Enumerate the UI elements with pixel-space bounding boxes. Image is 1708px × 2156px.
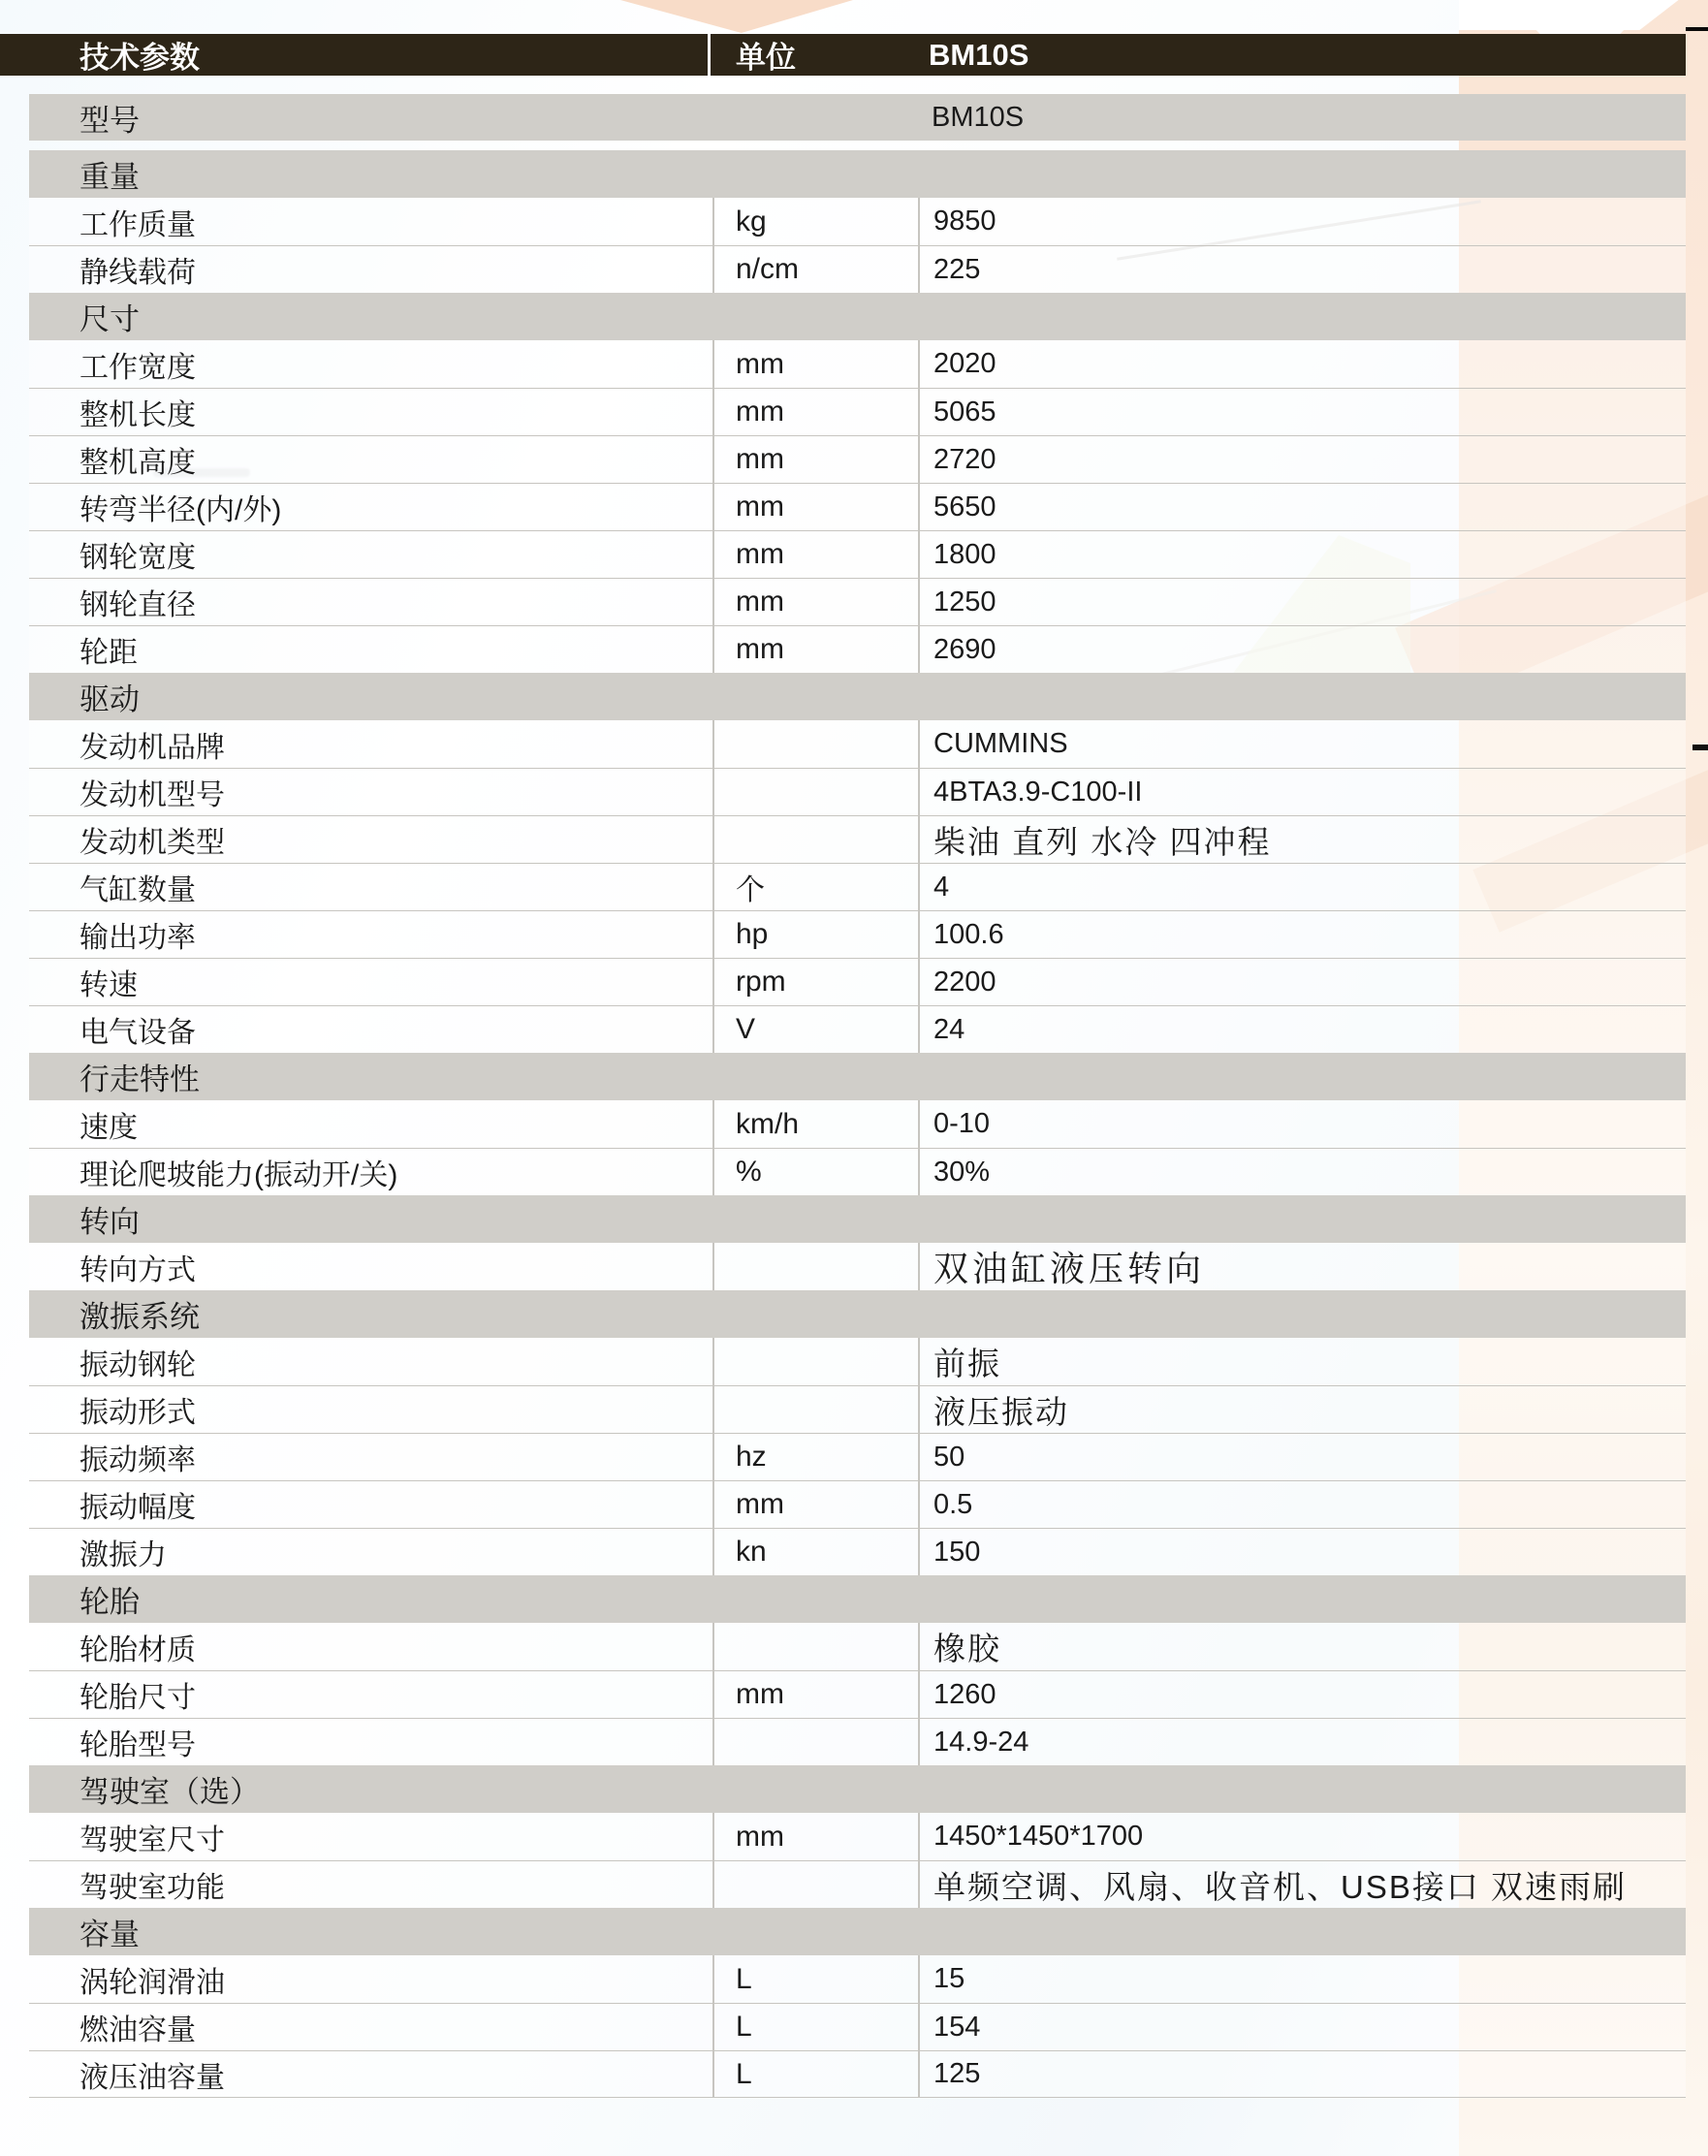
spec-label: 轮距 — [29, 626, 712, 673]
spec-value: 125 — [918, 2051, 1686, 2097]
spec-unit — [712, 769, 918, 815]
spec-label: 静线载荷 — [29, 246, 712, 293]
spec-unit: n/cm — [712, 246, 918, 293]
spec-unit: hp — [712, 911, 918, 958]
spec-value: 2720 — [918, 436, 1686, 483]
spec-label: 驾驶室尺寸 — [29, 1813, 712, 1860]
section-header-row: 行走特性 — [29, 1053, 1686, 1100]
spec-label: 转弯半径(内/外) — [29, 484, 712, 530]
table-row: 轮胎尺寸 mm 1260 — [29, 1670, 1686, 1718]
spec-value: 100.6 — [918, 911, 1686, 958]
spec-label: 发动机类型 — [29, 816, 712, 863]
section-label: 行走特性 — [29, 1053, 1686, 1100]
spec-unit: rpm — [712, 959, 918, 1005]
spec-unit: % — [712, 1149, 918, 1195]
spec-label: 发动机品牌 — [29, 720, 712, 768]
spec-label: 钢轮直径 — [29, 579, 712, 625]
table-title: 技术参数 — [0, 34, 708, 76]
spec-value: 9850 — [918, 198, 1686, 245]
table-row: 转速 rpm 2200 — [29, 958, 1686, 1005]
section-header-row: 容量 — [29, 1908, 1686, 1955]
spec-value: 2020 — [918, 340, 1686, 388]
table-row: 振动钢轮 前振 — [29, 1338, 1686, 1385]
table-row: 驾驶室尺寸 mm 1450*1450*1700 — [29, 1813, 1686, 1860]
table-row: 气缸数量 个 4 — [29, 863, 1686, 910]
spec-value: 5650 — [918, 484, 1686, 530]
table-row: 发动机品牌 CUMMINS — [29, 720, 1686, 768]
spec-unit — [712, 1386, 918, 1433]
table-row: 轮胎型号 14.9-24 — [29, 1718, 1686, 1765]
spec-value: 单频空调、风扇、收音机、USB接口 双速雨刷 — [918, 1861, 1686, 1908]
section-label: 容量 — [29, 1908, 1686, 1955]
spec-unit: 个 — [712, 864, 918, 910]
spec-value: 1450*1450*1700 — [918, 1813, 1686, 1860]
section-label: 转向 — [29, 1195, 1686, 1243]
model-column-header: BM10S — [914, 34, 1686, 76]
table-row: 轮胎材质 橡胶 — [29, 1623, 1686, 1670]
spec-unit — [712, 1623, 918, 1670]
spec-value: 24 — [918, 1006, 1686, 1053]
spec-value: 2200 — [918, 959, 1686, 1005]
spec-unit: V — [712, 1006, 918, 1053]
spec-label: 工作质量 — [29, 198, 712, 245]
spec-label: 振动钢轮 — [29, 1338, 712, 1385]
spec-label: 激振力 — [29, 1529, 712, 1575]
spec-value: 橡胶 — [918, 1623, 1686, 1670]
spec-label: 轮胎型号 — [29, 1719, 712, 1765]
spec-label: 液压油容量 — [29, 2051, 712, 2097]
model-spacer — [712, 94, 918, 141]
spec-value: 30% — [918, 1149, 1686, 1195]
spec-value: 50 — [918, 1434, 1686, 1480]
table-row: 钢轮直径 mm 1250 — [29, 578, 1686, 625]
spec-sheet-page: 技术参数 单位 BM10S 型号 BM10S 重量 工作质量 kg 9850 静… — [0, 0, 1708, 2156]
spec-unit — [712, 1243, 918, 1290]
table-row: 电气设备 V 24 — [29, 1005, 1686, 1053]
spec-value: 双油缸液压转向 — [918, 1243, 1686, 1290]
spec-value: 15 — [918, 1955, 1686, 2003]
spec-label: 钢轮宽度 — [29, 531, 712, 578]
spec-label: 振动形式 — [29, 1386, 712, 1433]
spec-unit: mm — [712, 484, 918, 530]
spec-label: 振动幅度 — [29, 1481, 712, 1528]
spec-unit — [712, 720, 918, 768]
spec-unit: mm — [712, 1481, 918, 1528]
table-row: 激振力 kn 150 — [29, 1528, 1686, 1575]
spec-unit: km/h — [712, 1100, 918, 1148]
spec-label: 轮胎材质 — [29, 1623, 712, 1670]
spec-value: 4 — [918, 864, 1686, 910]
spec-value: 154 — [918, 2004, 1686, 2050]
table-row: 振动频率 hz 50 — [29, 1433, 1686, 1480]
spec-unit: kn — [712, 1529, 918, 1575]
spec-unit: hz — [712, 1434, 918, 1480]
spec-unit: L — [712, 2051, 918, 2097]
spec-unit: kg — [712, 198, 918, 245]
spec-unit: mm — [712, 389, 918, 435]
table-row: 速度 km/h 0-10 — [29, 1100, 1686, 1148]
table-row: 静线载荷 n/cm 225 — [29, 245, 1686, 293]
section-label: 驾驶室（选） — [29, 1765, 1686, 1813]
spec-label: 输出功率 — [29, 911, 712, 958]
spec-value: 150 — [918, 1529, 1686, 1575]
spec-unit: mm — [712, 1671, 918, 1718]
table-row: 振动形式 液压振动 — [29, 1385, 1686, 1433]
spec-value: 14.9-24 — [918, 1719, 1686, 1765]
section-header-row: 轮胎 — [29, 1575, 1686, 1623]
model-row: 型号 BM10S — [29, 94, 1686, 141]
spec-label: 整机长度 — [29, 389, 712, 435]
model-label: 型号 — [29, 94, 712, 141]
table-row: 整机高度 mm 2720 — [29, 435, 1686, 483]
spec-unit — [712, 1719, 918, 1765]
table-row: 振动幅度 mm 0.5 — [29, 1480, 1686, 1528]
table-row: 燃油容量 L 154 — [29, 2003, 1686, 2050]
right-edge-dash-mark — [1692, 745, 1708, 750]
section-label: 驱动 — [29, 673, 1686, 720]
spec-label: 轮胎尺寸 — [29, 1671, 712, 1718]
section-label: 轮胎 — [29, 1575, 1686, 1623]
spec-label: 驾驶室功能 — [29, 1861, 712, 1908]
spec-label: 速度 — [29, 1100, 712, 1148]
spec-label: 转速 — [29, 959, 712, 1005]
table-row: 工作质量 kg 9850 — [29, 198, 1686, 245]
background-triangle-decoration — [620, 0, 853, 33]
spec-unit — [712, 816, 918, 863]
spec-label: 工作宽度 — [29, 340, 712, 388]
spec-unit: L — [712, 1955, 918, 2003]
spec-value: 1260 — [918, 1671, 1686, 1718]
spec-unit: mm — [712, 436, 918, 483]
model-value: BM10S — [918, 94, 1686, 141]
section-header-row: 驾驶室（选） — [29, 1765, 1686, 1813]
table-row: 涡轮润滑油 L 15 — [29, 1955, 1686, 2003]
spec-value: 前振 — [918, 1338, 1686, 1385]
spec-unit: mm — [712, 579, 918, 625]
spec-value: 5065 — [918, 389, 1686, 435]
spec-unit: mm — [712, 1813, 918, 1860]
spec-table: 型号 BM10S 重量 工作质量 kg 9850 静线载荷 n/cm 225 尺… — [29, 94, 1686, 2098]
spec-unit: mm — [712, 626, 918, 673]
spec-label: 燃油容量 — [29, 2004, 712, 2050]
top-right-rule-mark — [1686, 27, 1708, 31]
spec-unit — [712, 1338, 918, 1385]
table-row: 钢轮宽度 mm 1800 — [29, 530, 1686, 578]
spec-unit: mm — [712, 531, 918, 578]
section-header-row: 重量 — [29, 150, 1686, 198]
section-label: 重量 — [29, 150, 1686, 198]
table-row: 整机长度 mm 5065 — [29, 388, 1686, 435]
table-row: 输出功率 hp 100.6 — [29, 910, 1686, 958]
spec-unit: mm — [712, 340, 918, 388]
spec-value: 225 — [918, 246, 1686, 293]
section-label: 尺寸 — [29, 293, 1686, 340]
spec-label: 气缸数量 — [29, 864, 712, 910]
table-row: 理论爬坡能力(振动开/关) % 30% — [29, 1148, 1686, 1195]
table-row: 轮距 mm 2690 — [29, 625, 1686, 673]
section-header-row: 尺寸 — [29, 293, 1686, 340]
section-header-row: 驱动 — [29, 673, 1686, 720]
section-header-row: 激振系统 — [29, 1290, 1686, 1338]
table-header-bar: 技术参数 单位 BM10S — [0, 34, 1686, 76]
spec-value: 1250 — [918, 579, 1686, 625]
table-row: 发动机型号 4BTA3.9-C100-II — [29, 768, 1686, 815]
spec-label: 涡轮润滑油 — [29, 1955, 712, 2003]
spec-value: 液压振动 — [918, 1386, 1686, 1433]
spec-label: 整机高度 — [29, 436, 712, 483]
table-row: 工作宽度 mm 2020 — [29, 340, 1686, 388]
unit-column-header: 单位 — [708, 34, 914, 76]
spec-label: 电气设备 — [29, 1006, 712, 1053]
spec-value: 柴油 直列 水冷 四冲程 — [918, 816, 1686, 863]
spec-unit — [712, 1861, 918, 1908]
table-row: 驾驶室功能 单频空调、风扇、收音机、USB接口 双速雨刷 — [29, 1860, 1686, 1908]
table-row: 发动机类型 柴油 直列 水冷 四冲程 — [29, 815, 1686, 863]
spec-value: 0-10 — [918, 1100, 1686, 1148]
table-row: 液压油容量 L 125 — [29, 2050, 1686, 2098]
spec-value: 4BTA3.9-C100-II — [918, 769, 1686, 815]
spec-unit: L — [712, 2004, 918, 2050]
table-row: 转向方式 双油缸液压转向 — [29, 1243, 1686, 1290]
spec-label: 振动频率 — [29, 1434, 712, 1480]
spec-label: 转向方式 — [29, 1243, 712, 1290]
spec-label: 理论爬坡能力(振动开/关) — [29, 1149, 712, 1195]
table-row: 转弯半径(内/外) mm 5650 — [29, 483, 1686, 530]
spec-value: CUMMINS — [918, 720, 1686, 768]
section-header-row: 转向 — [29, 1195, 1686, 1243]
spec-value: 1800 — [918, 531, 1686, 578]
spec-value: 2690 — [918, 626, 1686, 673]
spec-label: 发动机型号 — [29, 769, 712, 815]
spec-value: 0.5 — [918, 1481, 1686, 1528]
section-label: 激振系统 — [29, 1290, 1686, 1338]
